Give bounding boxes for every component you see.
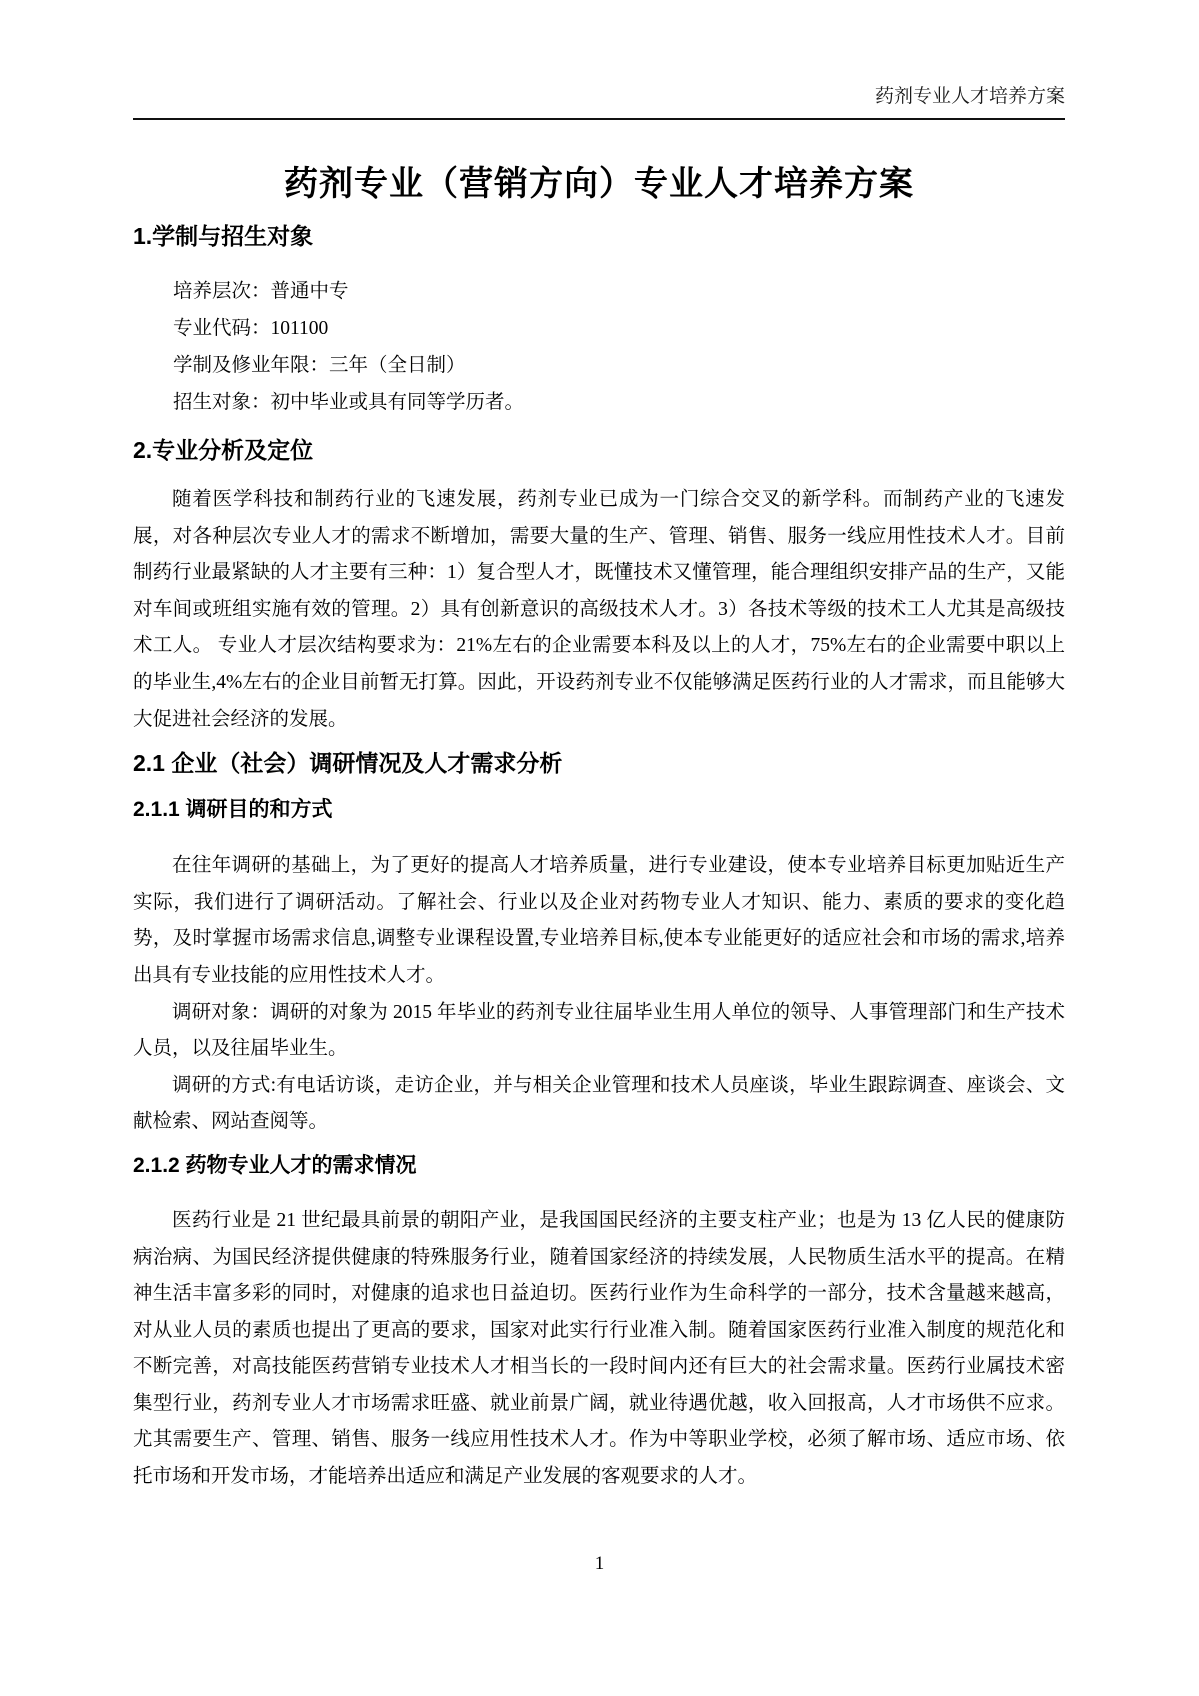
enrollment-info-list: 培养层次：普通中专 专业代码：101100 学制及修业年限：三年（全日制） 招生…: [133, 273, 1065, 421]
page-header: 药剂专业人才培养方案: [133, 86, 1065, 120]
document-title: 药剂专业（营销方向）专业人才培养方案: [133, 163, 1065, 207]
page-number: 1: [595, 1553, 605, 1574]
info-item-training-level: 培养层次：普通中专: [173, 273, 1065, 310]
paragraph-survey-subjects: 调研对象：调研的对象为 2015 年毕业的药剂专业往届毕业生用人单位的领导、人事…: [133, 995, 1065, 1068]
info-item-enrollment-target: 招生对象：初中毕业或具有同等学历者。: [173, 384, 1065, 421]
paragraph-talent-demand: 医药行业是 21 世纪最具前景的朝阳产业，是我国国民经济的主要支柱产业；也是为 …: [133, 1203, 1065, 1496]
section-heading-2-1: 2.1 企业（社会）调研情况及人才需求分析: [133, 748, 1065, 778]
running-header-text: 药剂专业人才培养方案: [875, 86, 1065, 107]
document-body: 药剂专业（营销方向）专业人才培养方案 1.学制与招生对象 培养层次：普通中专 专…: [133, 120, 1065, 1496]
paragraph-industry-overview: 随着医学科技和制药行业的飞速发展，药剂专业已成为一门综合交叉的新学科。而制药产业…: [133, 482, 1065, 738]
section-heading-2-1-1: 2.1.1 调研目的和方式: [133, 796, 1065, 824]
page-footer: 1: [0, 1552, 1199, 1576]
document-page: 药剂专业人才培养方案 药剂专业（营销方向）专业人才培养方案 1.学制与招生对象 …: [0, 0, 1199, 1696]
paragraph-survey-methods: 调研的方式:有电话访谈，走访企业，并与相关企业管理和技术人员座谈，毕业生跟踪调查…: [133, 1068, 1065, 1141]
info-item-schooling-years: 学制及修业年限：三年（全日制）: [173, 347, 1065, 384]
section-heading-1: 1.学制与招生对象: [133, 221, 1065, 251]
section-heading-2-1-2: 2.1.2 药物专业人才的需求情况: [133, 1152, 1065, 1180]
paragraph-survey-purpose: 在往年调研的基础上，为了更好的提高人才培养质量，进行专业建设，使本专业培养目标更…: [133, 848, 1065, 994]
section-heading-2: 2.专业分析及定位: [133, 435, 1065, 465]
info-item-major-code: 专业代码：101100: [173, 310, 1065, 347]
